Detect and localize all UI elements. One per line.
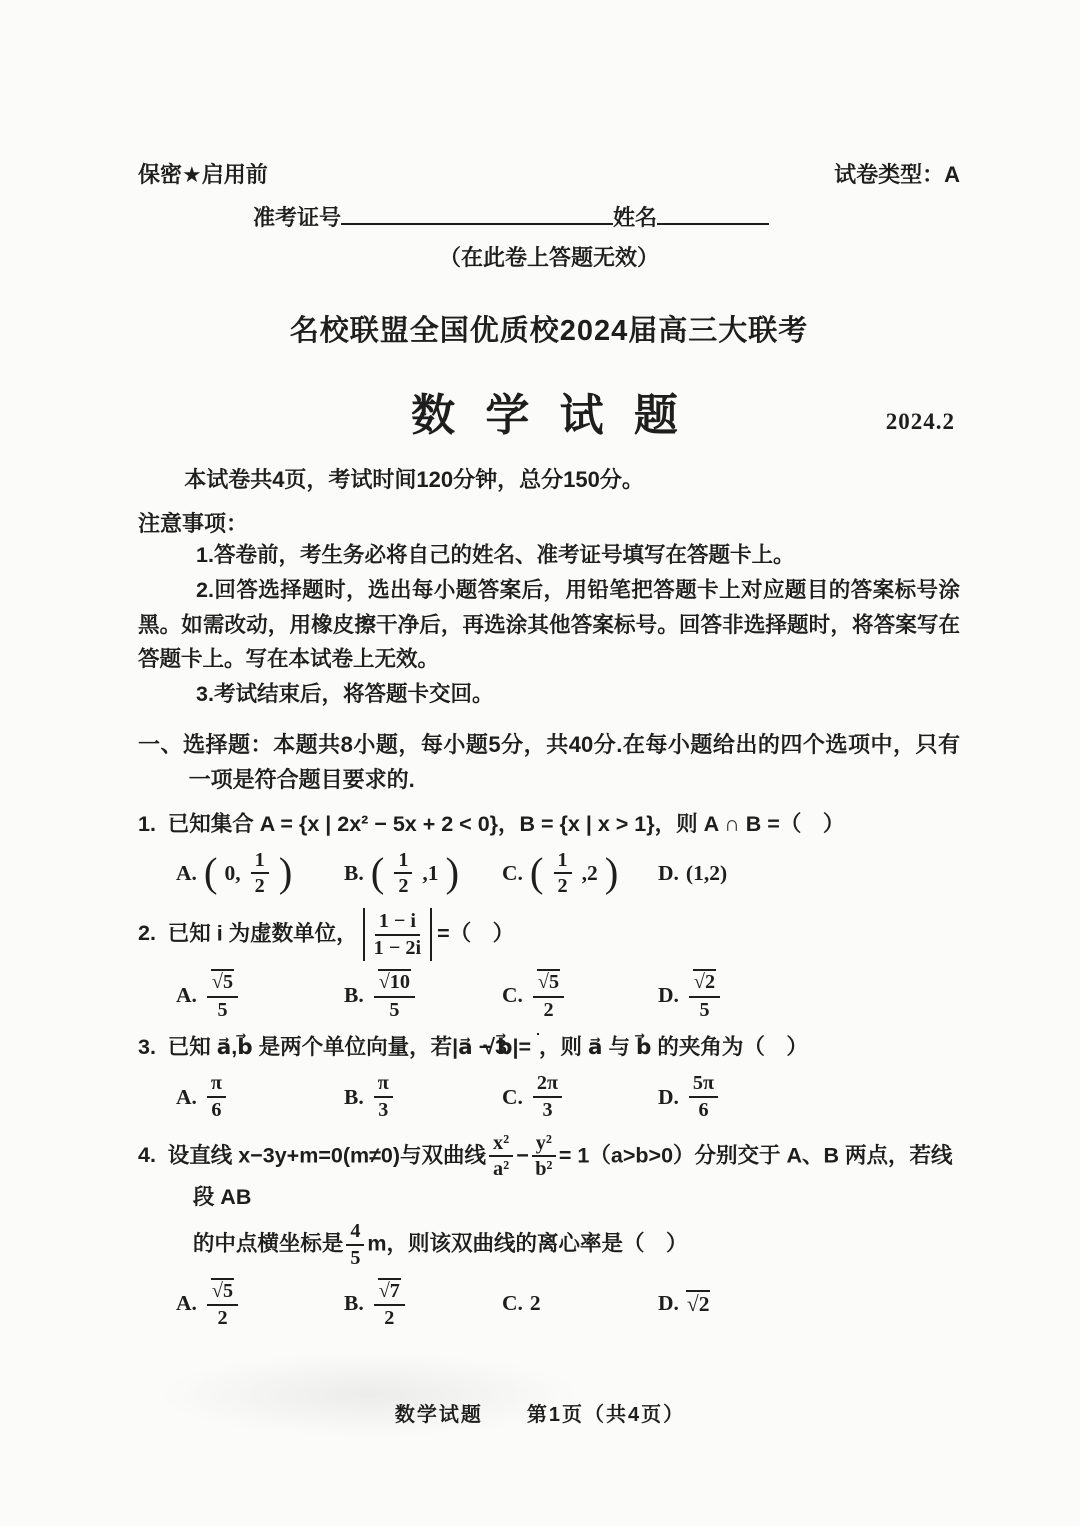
option-4b: B. √72	[344, 1278, 502, 1330]
option-3a: A. π6	[176, 1072, 344, 1121]
question-4-number: 4.	[138, 1143, 156, 1167]
option-1a: A. ( 0, 12 )	[176, 849, 344, 898]
question-4-stem-line2: 的中点横坐标是45m，则该双曲线的离心率是（ ）	[193, 1220, 960, 1269]
fraction: 12	[554, 849, 572, 898]
option-2d: D. √25	[658, 969, 960, 1021]
option-1b-label: B.	[344, 861, 364, 886]
admission-number-label: 准考证号	[253, 205, 341, 230]
question-2-stem: 2.已知 i 为虚数单位，1 − i1 − 2i=（ ）	[138, 908, 960, 961]
subject-title-row: 数 学 试 题 2024.2	[138, 379, 960, 437]
option-2c: C. √52	[502, 969, 658, 1021]
option-1a-pre: 0,	[225, 861, 241, 886]
question-3-stem: 3.已知 a⃗,b⃗ 是两个单位向量，若|a⃗ − b⃗|= √3，则 a⃗ 与…	[138, 1031, 960, 1064]
exam-date: 2024.2	[886, 409, 955, 435]
option-2b: B. √105	[344, 969, 502, 1021]
option-4b-label: B.	[344, 1291, 364, 1316]
option-1c-post: ,2	[582, 861, 598, 886]
option-2a-label: A.	[176, 983, 197, 1008]
option-1a-label: A.	[176, 861, 197, 886]
security-notice: 保密★启用前	[138, 158, 268, 189]
fraction: 5π6	[689, 1072, 718, 1121]
option-3a-label: A.	[176, 1085, 197, 1110]
close-paren: )	[446, 863, 460, 883]
option-4c-label: C.	[502, 1291, 523, 1316]
option-4a: A. √52	[176, 1278, 344, 1330]
admission-number-blank	[341, 202, 613, 225]
radical-fraction: √25	[689, 969, 720, 1021]
minus-sign: −	[516, 1143, 529, 1167]
absolute-value-fraction: 1 − i1 − 2i	[363, 908, 432, 961]
question-3-text-pre: 已知 a⃗,b⃗ 是两个单位向量，若|a⃗ − b⃗|=	[168, 1035, 537, 1059]
fraction-x2-a2: x²a²	[489, 1132, 513, 1181]
question-4-line2-mid: m，则该双曲线的离心率是（ ）	[367, 1232, 687, 1256]
fraction-4-5: 45	[346, 1220, 364, 1269]
question-3-options: A. π6 B. π3 C. 2π3 D. 5π6	[138, 1072, 960, 1121]
paper-intro: 本试卷共4页，考试时间120分钟，总分150分。	[138, 463, 960, 494]
option-4d: D. √2	[658, 1290, 960, 1317]
option-4a-label: A.	[176, 1291, 197, 1316]
close-paren: )	[279, 863, 293, 883]
section-1-title: 一、选择题：本题共8小题，每小题5分，共40分.在每小题给出的四个选项中，只有一…	[138, 727, 960, 797]
option-3c-label: C.	[502, 1085, 523, 1110]
name-blank	[657, 202, 769, 225]
fraction: 12	[394, 849, 412, 898]
question-2-text-pre: 已知 i 为虚数单位，	[168, 921, 358, 945]
name-label: 姓名	[613, 205, 657, 230]
question-1-text: 已知集合 A = {x | 2x² − 5x + 2 < 0}，B = {x |…	[168, 812, 845, 836]
radical-fraction: √105	[374, 969, 415, 1021]
question-2-options: A. √55 B. √105 C. √52 D. √25	[138, 969, 960, 1021]
fraction-y2-b2: y²b²	[532, 1132, 556, 1181]
note-item-3: 3.考试结束后，将答题卡交回。	[138, 677, 960, 712]
question-2-text-post: =（ ）	[437, 921, 514, 945]
option-2c-label: C.	[502, 983, 523, 1008]
fraction: π6	[207, 1072, 226, 1121]
option-1c-label: C.	[502, 861, 523, 886]
option-3d: D. 5π6	[658, 1072, 960, 1121]
question-2-number: 2.	[138, 921, 156, 945]
fraction: 2π3	[533, 1072, 562, 1121]
invalid-answer-note: （在此卷上答题无效）	[138, 241, 960, 272]
question-4-text-pre: 设直线 x−3y+m=0(m≠0)与双曲线	[168, 1143, 486, 1167]
option-1d-label: D.	[658, 861, 679, 886]
paper-type-label: 试卷类型：A	[834, 158, 960, 189]
option-1b: B. ( 12 ,1 )	[344, 849, 502, 898]
fraction: 12	[251, 849, 269, 898]
question-1-options: A. ( 0, 12 ) B. ( 12 ,1 ) C. ( 12 ,2 ) D…	[138, 849, 960, 898]
option-1c: C. ( 12 ,2 )	[502, 849, 658, 898]
open-paren: (	[530, 863, 544, 883]
radical-fraction: √52	[207, 1278, 238, 1330]
page-footer: 数学试题 第1页（共4页）	[0, 1398, 1080, 1427]
question-4-options: A. √52 B. √72 C. 2 D. √2	[138, 1278, 960, 1330]
league-title: 名校联盟全国优质校2024届高三大联考	[138, 308, 960, 349]
option-1b-post: ,1	[422, 861, 438, 886]
radical-fraction: √52	[533, 969, 564, 1021]
option-1d-value: (1,2)	[686, 861, 727, 886]
question-4-stem-line1: 4.设直线 x−3y+m=0(m≠0)与双曲线x²a²−y²b²= 1（a>b>…	[138, 1132, 960, 1215]
close-paren: )	[605, 863, 619, 883]
open-paren: (	[204, 863, 218, 883]
radical-fraction: √72	[374, 1278, 405, 1330]
question-1-stem: 1.已知集合 A = {x | 2x² − 5x + 2 < 0}，B = {x…	[138, 808, 960, 841]
notes-title: 注意事项：	[138, 507, 960, 538]
option-3b-label: B.	[344, 1085, 364, 1110]
option-4c-value: 2	[530, 1291, 541, 1316]
question-4-line2-pre: 的中点横坐标是	[193, 1232, 344, 1256]
option-4d-label: D.	[658, 1291, 679, 1316]
question-1-number: 1.	[138, 812, 156, 836]
option-2a: A. √55	[176, 969, 344, 1021]
option-3b: B. π3	[344, 1072, 502, 1121]
option-1d: D. (1,2)	[658, 861, 960, 886]
option-3c: C. 2π3	[502, 1072, 658, 1121]
subject-title: 数 学 试 题	[411, 391, 687, 440]
exam-paper-page: 保密★启用前 试卷类型：A 准考证号姓名 （在此卷上答题无效） 名校联盟全国优质…	[0, 0, 1080, 1526]
question-3-text-post: ，则 a⃗ 与 b⃗ 的夹角为（ ）	[539, 1035, 808, 1059]
open-paren: (	[371, 863, 385, 883]
option-2b-label: B.	[344, 983, 364, 1008]
option-4d-value: √2	[686, 1290, 711, 1317]
note-item-1: 1.答卷前，考生务必将自己的姓名、准考证号填写在答题卡上。	[138, 538, 960, 573]
note-item-2: 2.回答选择题时，选出每小题答案后，用铅笔把答题卡上对应题目的答案标号涂黑。如需…	[138, 573, 960, 677]
registration-row: 准考证号姓名	[253, 201, 960, 232]
question-3-number: 3.	[138, 1035, 156, 1059]
fraction: π3	[374, 1072, 393, 1121]
option-2d-label: D.	[658, 983, 679, 1008]
option-4c: C. 2	[502, 1291, 658, 1316]
option-3d-label: D.	[658, 1085, 679, 1110]
radical-fraction: √55	[207, 969, 238, 1021]
top-header-row: 保密★启用前 试卷类型：A	[138, 158, 960, 189]
